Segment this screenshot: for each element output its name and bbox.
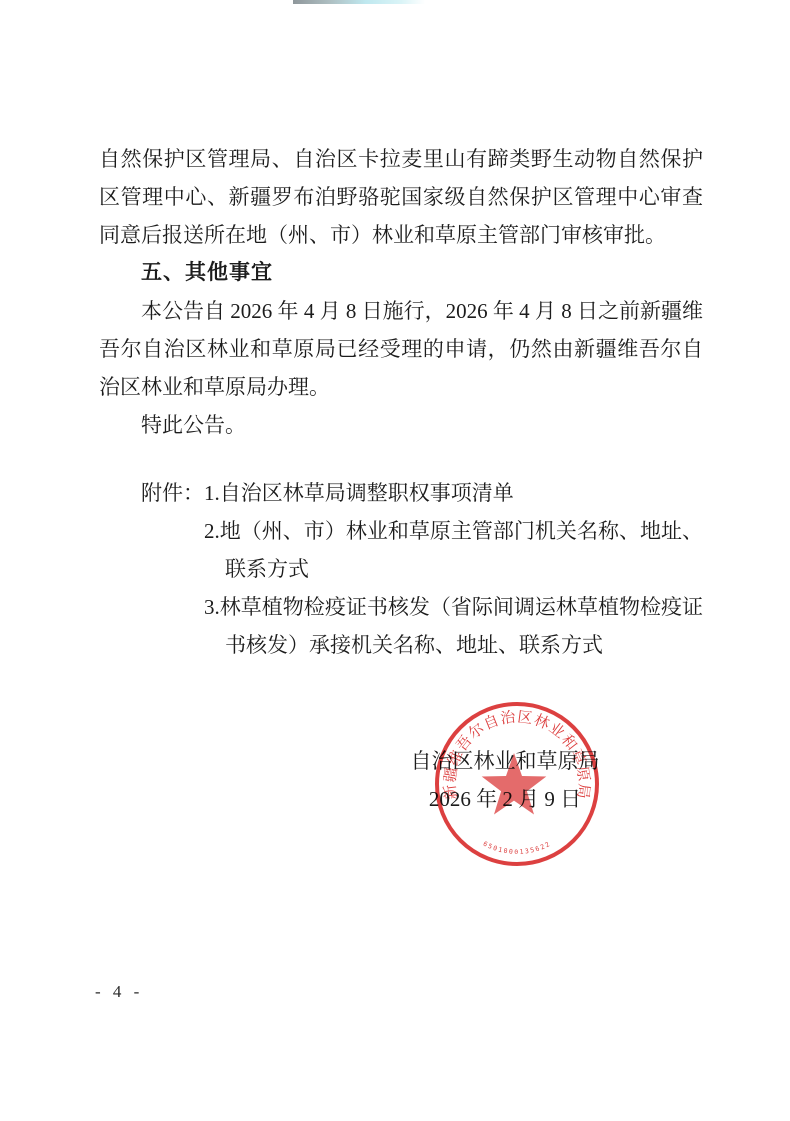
- attachments-block: 附件： 1.自治区林草局调整职权事项清单 2.地（州、市）林业和草原主管部门机关…: [99, 474, 703, 664]
- section-heading-other-matters: 五、其他事宜: [99, 254, 703, 292]
- page-number: - 4 -: [95, 982, 143, 1002]
- attachments-list: 1.自治区林草局调整职权事项清单 2.地（州、市）林业和草原主管部门机关名称、地…: [204, 474, 703, 664]
- seal-code-text: 6501000135622: [482, 840, 553, 856]
- attachment-item-3: 3.林草植物检疫证书核发（省际间调运林草植物检疫证书核发）承接机关名称、地址、联…: [204, 588, 703, 664]
- document-body: 自然保护区管理局、自治区卡拉麦里山有蹄类野生动物自然保护区管理中心、新疆罗布泊野…: [99, 140, 703, 664]
- seal-star-icon: [482, 753, 547, 815]
- paragraph-effective-date: 本公告自 2026 年 4 月 8 日施行，2026 年 4 月 8 日之前新疆…: [99, 292, 703, 406]
- attachment-item-1: 1.自治区林草局调整职权事项清单: [204, 474, 703, 512]
- attachment-item-2: 2.地（州、市）林业和草原主管部门机关名称、地址、联系方式: [204, 512, 703, 588]
- paragraph-closing: 特此公告。: [99, 406, 703, 444]
- official-seal: 新疆维吾尔自治区林业和草原局 6501000135622: [432, 699, 602, 869]
- attachments-label: 附件：: [99, 474, 204, 664]
- document-page: 自然保护区管理局、自治区卡拉麦里山有蹄类野生动物自然保护区管理中心、新疆罗布泊野…: [0, 0, 790, 1121]
- scan-artifact-strip: [293, 0, 425, 4]
- paragraph-approval-process: 自然保护区管理局、自治区卡拉麦里山有蹄类野生动物自然保护区管理中心、新疆罗布泊野…: [99, 140, 703, 254]
